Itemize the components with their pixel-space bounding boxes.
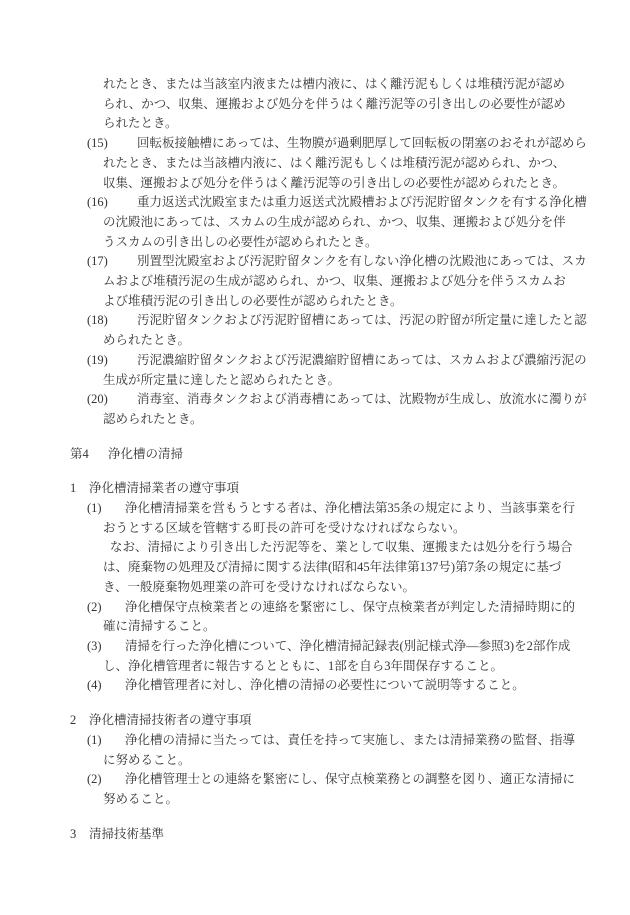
document-body: れたとき、または当該室内液または槽内液に、はく離汚泥もしくは堆積汚泥が認められ、… (0, 0, 630, 844)
text-line: ムおよび堆積汚泥の生成が認められ、かつ、収集、運搬および処分を伴うスカムお (0, 272, 630, 292)
text-line: 浄化槽清掃業を営もうとする者は、浄化槽法第35条の規定により、当該事業を行 (125, 501, 575, 515)
item-19: (19)汚泥濃縮貯留タンクおよび汚泥濃縮貯留槽にあっては、スカムおよび濃縮汚泥の (0, 351, 630, 371)
text-line: おうとする区域を管轄する町長の許可を受けなければならない。 (0, 519, 630, 539)
text-line: 別置型沈殿室および汚泥貯留タンクを有しない浄化槽の沈殿池にあっては、スカ (137, 254, 587, 268)
item-number: (15) (87, 134, 137, 154)
text-line: は、廃棄物の処理及び清掃に関する法律(昭和45年法律第137号)第7条の規定に基… (0, 558, 630, 578)
item-number: (2) (87, 770, 125, 790)
text-line: れたとき、または当該槽内液に、はく離汚泥もしくは堆積汚泥が認められ、かつ、 (0, 154, 630, 174)
item-number: (1) (87, 731, 125, 751)
text-line: 汚泥貯留タンクおよび汚泥貯留槽にあっては、汚泥の貯留が所定量に達したと認 (137, 313, 587, 327)
section-1-item-3: (3)清掃を行った浄化槽について、浄化槽清掃記録表(別記様式浄―参照3)を2部作… (0, 637, 630, 657)
text-line: 浄化槽管理者に対し、浄化槽の清掃の必要性について説明等すること。 (125, 678, 525, 692)
item-number: (4) (87, 676, 125, 696)
item-number: (16) (87, 193, 137, 213)
text-line: 浄化槽保守点検業者との連絡を緊密にし、保守点検業者が判定した清掃時期に的 (125, 600, 575, 614)
text-line: られたとき。 (0, 114, 630, 134)
text-line: よび堆積汚泥の引き出しの必要性が認められたとき。 (0, 292, 630, 312)
text-line: 消毒室、消毒タンクおよび消毒槽にあっては、沈殿物が生成し、放流水に濁りが (137, 392, 587, 406)
text-line: 確に清掃すること。 (0, 617, 630, 637)
chapter-4-heading: 第4浄化槽の清掃 (0, 445, 630, 465)
text-line: に努めること。 (0, 751, 630, 771)
section-1-heading: 1浄化槽清掃業者の遵守事項 (0, 479, 630, 499)
text-line: なお、清掃により引き出した汚泥等を、業として収集、運搬または処分を行う場合 (0, 538, 630, 558)
heading-title: 清掃技術基準 (89, 827, 164, 841)
item-number: (18) (87, 311, 137, 331)
text-line: 回転板接触槽にあっては、生物膜が過剰肥厚して回転板の閉塞のおそれが認めら (137, 136, 587, 150)
text-line: 清掃を行った浄化槽について、浄化槽清掃記録表(別記様式浄―参照3)を2部作成 (125, 639, 570, 653)
item-number: (1) (87, 499, 125, 519)
item-number: (19) (87, 351, 137, 371)
text-line: き、一般廃棄物処理業の許可を受けなければならない。 (0, 578, 630, 598)
section-1-item-2: (2)浄化槽保守点検業者との連絡を緊密にし、保守点検業者が判定した清掃時期に的 (0, 598, 630, 618)
heading-title: 浄化槽清掃業者の遵守事項 (89, 481, 239, 495)
text-line: の沈殿池にあっては、スカムの生成が認められ、かつ、収集、運搬および処分を伴 (0, 213, 630, 233)
paragraph-gap (0, 464, 630, 479)
section-2-item-1: (1)浄化槽の清掃に当たっては、責任を持って実施し、または清掃業務の監督、指導 (0, 731, 630, 751)
heading-number: 1 (70, 479, 89, 499)
text-line: 汚泥濃縮貯留タンクおよび汚泥濃縮貯留槽にあっては、スカムおよび濃縮汚泥の (137, 353, 587, 367)
item-18: (18)汚泥貯留タンクおよび汚泥貯留槽にあっては、汚泥の貯留が所定量に達したと認 (0, 311, 630, 331)
section-2-item-2: (2)浄化槽管理士との連絡を緊密にし、保守点検業務との調整を図り、適正な清掃に (0, 770, 630, 790)
heading-title: 浄化槽清掃技術者の遵守事項 (89, 713, 252, 727)
text-line: 収集、運搬および処分を伴うはく離汚泥等の引き出しの必要性が認められたとき。 (0, 174, 630, 194)
item-15: (15)回転板接触槽にあっては、生物膜が過剰肥厚して回転板の閉塞のおそれが認めら (0, 134, 630, 154)
text-line: 認められたとき。 (0, 410, 630, 430)
document-page: れたとき、または当該室内液または槽内液に、はく離汚泥もしくは堆積汚泥が認められ、… (0, 0, 630, 915)
paragraph-gap (0, 810, 630, 825)
item-number: (2) (87, 598, 125, 618)
text-line: れたとき、または当該室内液または槽内液に、はく離汚泥もしくは堆積汚泥が認め (0, 75, 630, 95)
item-number: (17) (87, 252, 137, 272)
heading-number: 第4 (70, 445, 108, 465)
text-line: 努めること。 (0, 790, 630, 810)
heading-number: 3 (70, 825, 89, 845)
section-1-item-1: (1)浄化槽清掃業を営もうとする者は、浄化槽法第35条の規定により、当該事業を行 (0, 499, 630, 519)
text-line: 重力返送式沈殿室または重力返送式沈殿槽および汚泥貯留タンクを有する浄化槽 (137, 195, 587, 209)
item-number: (20) (87, 390, 137, 410)
section-1-item-4: (4)浄化槽管理者に対し、浄化槽の清掃の必要性について説明等すること。 (0, 676, 630, 696)
text-line: られ、かつ、収集、運搬および処分を伴うはく離汚泥等の引き出しの必要性が認め (0, 95, 630, 115)
heading-number: 2 (70, 711, 89, 731)
text-line: うスカムの引き出しの必要性が認められたとき。 (0, 233, 630, 253)
item-16: (16)重力返送式沈殿室または重力返送式沈殿槽および汚泥貯留タンクを有する浄化槽 (0, 193, 630, 213)
item-17: (17)別置型沈殿室および汚泥貯留タンクを有しない浄化槽の沈殿池にあっては、スカ (0, 252, 630, 272)
text-line: められたとき。 (0, 331, 630, 351)
section-2-heading: 2浄化槽清掃技術者の遵守事項 (0, 711, 630, 731)
paragraph-gap (0, 430, 630, 445)
text-line: し、浄化槽管理者に報告するとともに、1部を自ら3年間保存すること。 (0, 657, 630, 677)
paragraph-gap (0, 696, 630, 711)
section-3-heading: 3清掃技術基準 (0, 825, 630, 845)
text-line: 浄化槽の清掃に当たっては、責任を持って実施し、または清掃業務の監督、指導 (125, 733, 575, 747)
item-20: (20)消毒室、消毒タンクおよび消毒槽にあっては、沈殿物が生成し、放流水に濁りが (0, 390, 630, 410)
heading-title: 浄化槽の清掃 (108, 447, 183, 461)
item-number: (3) (87, 637, 125, 657)
text-line: 生成が所定量に達したと認められたとき。 (0, 371, 630, 391)
text-line: 浄化槽管理士との連絡を緊密にし、保守点検業務との調整を図り、適正な清掃に (125, 772, 575, 786)
